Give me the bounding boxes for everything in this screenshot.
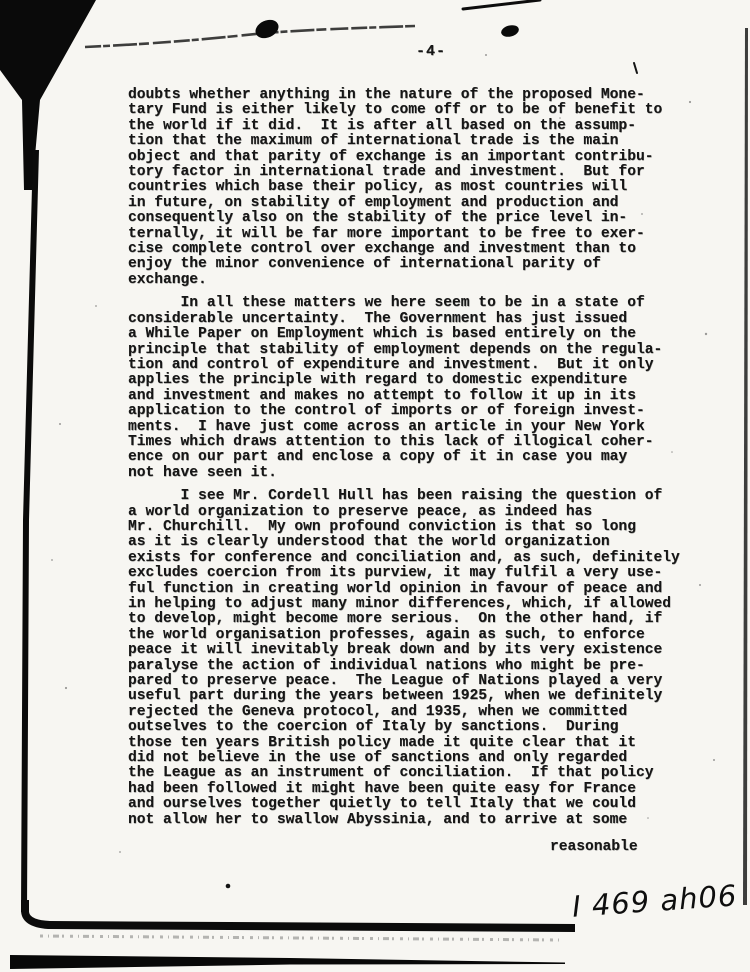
letter-body: doubts whether anything in the nature of… (128, 88, 718, 856)
paragraph-world-organization: I see Mr. Cordell Hull has been raising … (128, 489, 718, 828)
page-number: -4- (416, 43, 446, 60)
scan-smudge-streak (85, 26, 415, 47)
catchword: reasonable (550, 840, 718, 855)
paragraph-white-paper: In all these matters we here seem to be … (128, 296, 718, 481)
stray-dot (226, 884, 231, 889)
scan-corner-triangle (0, 0, 96, 190)
stray-apostrophe-mark (634, 63, 637, 73)
scan-diagonal-line-top-right (463, 0, 540, 9)
scan-bottom-bar (10, 955, 565, 969)
scan-ink-blob-2 (500, 23, 520, 38)
scan-edge-fringe (40, 936, 560, 940)
scan-page-bottom-edge (21, 900, 575, 932)
handwritten-annotation: I 469 ah06 (571, 878, 738, 923)
scan-right-edge-line (743, 28, 748, 905)
paragraph-monetary-fund: doubts whether anything in the nature of… (128, 88, 718, 288)
scan-ink-blob-1 (253, 16, 282, 41)
scanned-letter-page: -4- doubts whether anything in the natur… (0, 0, 750, 972)
scan-left-edge-line (21, 150, 39, 912)
